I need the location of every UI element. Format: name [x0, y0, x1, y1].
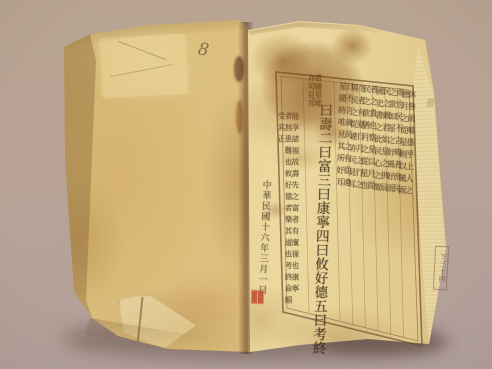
- red-collector-seal: [251, 290, 264, 304]
- pencil-mark: [118, 41, 167, 61]
- fore-edge-title: 書: [422, 98, 436, 138]
- gutter-stain: [236, 100, 243, 134]
- handwritten-number: 8: [197, 39, 211, 60]
- commentary-after-main: 能享諸福故壽先之富者有廩祿也康寧 者無患難也攸好德者樂其道也考終命順受其正: [285, 112, 299, 314]
- commentary-text: 者無患難也攸好德者樂其道也考終命順受其正: [285, 112, 292, 314]
- commentary-text: 能享諸福故壽先之富者有廩祿也康寧: [292, 112, 299, 314]
- pencil-mark: [110, 64, 173, 77]
- fore-edge-page-label: 下三十四: [433, 246, 449, 291]
- label-residue-patch: [99, 34, 188, 98]
- gutter-stain: [234, 56, 244, 82]
- photo-of-open-antique-chinese-book: 8 休咎雨暘係乎上人之 德月之從星則以風雨 雨也民不言暘者庶民 之欲如星之好風好…: [0, 0, 492, 369]
